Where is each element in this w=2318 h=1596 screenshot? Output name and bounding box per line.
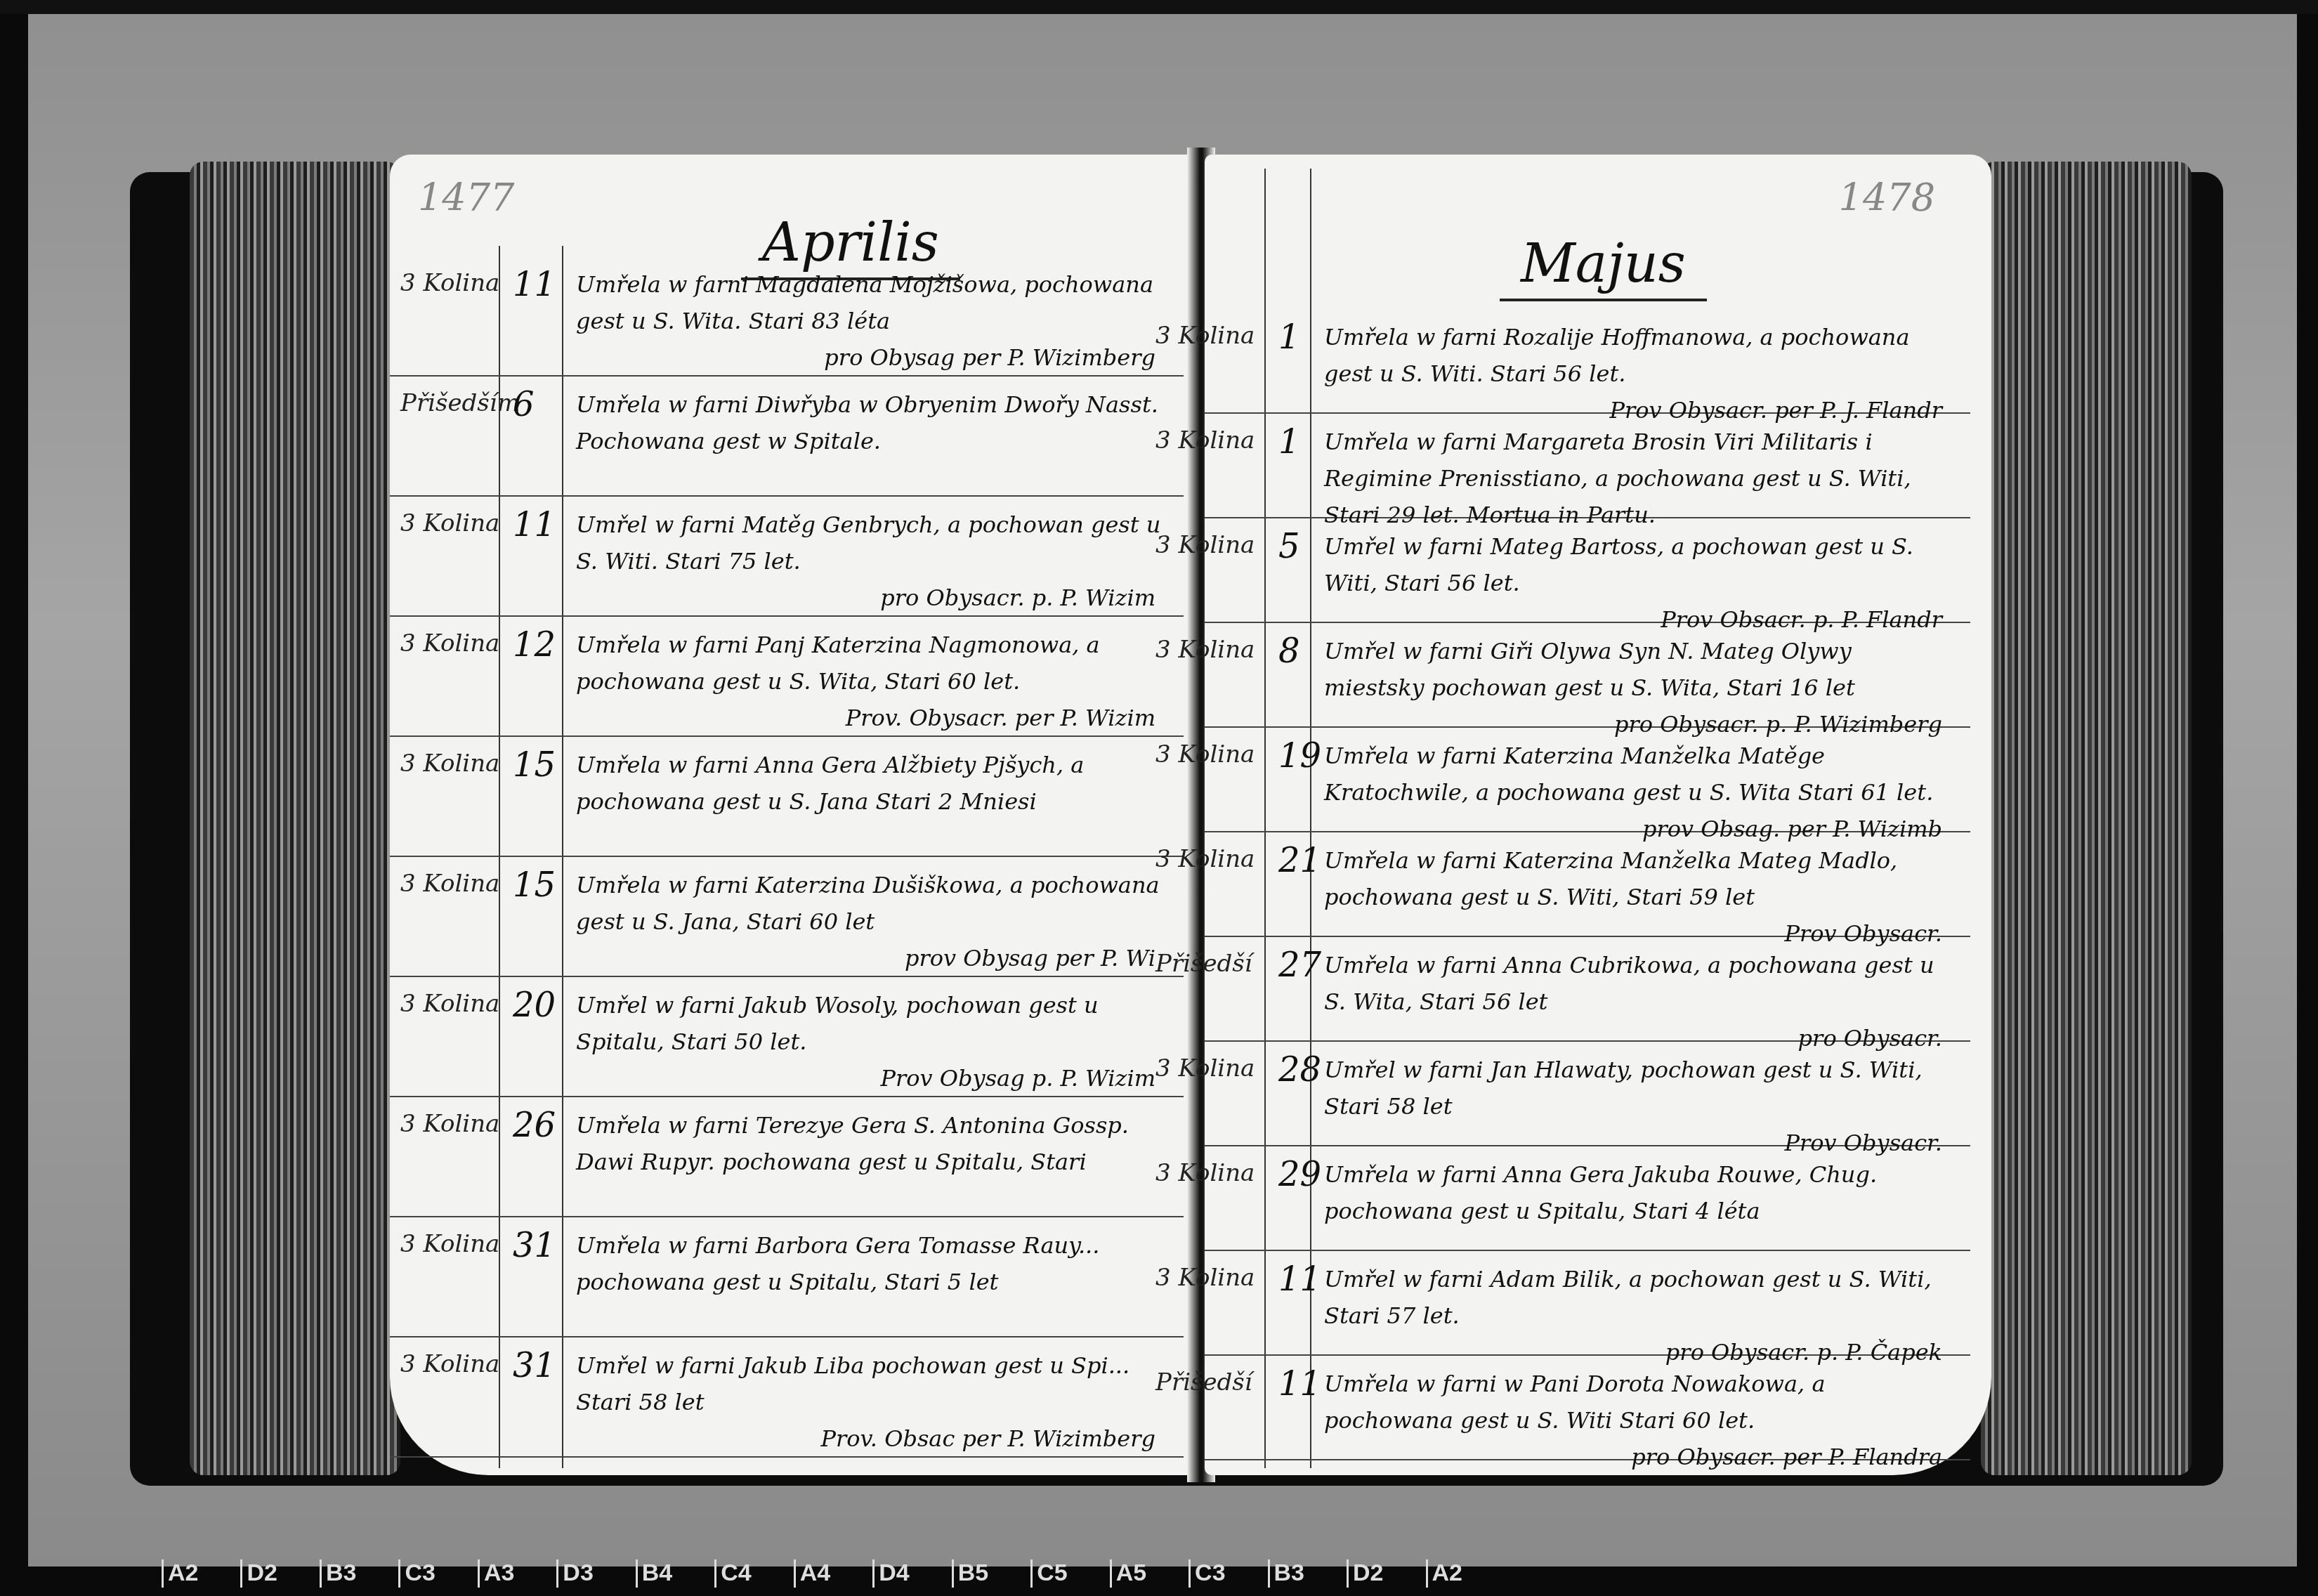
register-entry: Přišedší27Umřela w farni Anna Cubrikowa,… [1205, 937, 1970, 1042]
film-marker: C3 [398, 1559, 435, 1588]
film-marker: B4 [636, 1559, 672, 1588]
register-entry: 3 Kolina19Umřela w farni Katerzina Manže… [1205, 728, 1970, 832]
entry-day: 21 [1278, 841, 1321, 880]
film-marker: A4 [794, 1559, 830, 1588]
register-entry: 3 Kolina31Umřela w farni Barbora Gera To… [390, 1217, 1184, 1337]
entry-signature: Prov. Obsac per P. Wizimberg [576, 1420, 1170, 1457]
film-marker: C4 [714, 1559, 751, 1588]
film-marker: B3 [320, 1559, 356, 1588]
entry-location: 3 Kolina [400, 990, 499, 1018]
entry-signature: pro Obysag per P. Wizimberg [576, 339, 1170, 376]
entry-day: 15 [513, 865, 556, 905]
entry-location: 3 Kolina [1155, 322, 1255, 350]
film-edge [0, 0, 2318, 14]
entry-text: Umřela w farni Rozalije Hoffmanowa, a po… [1324, 319, 1956, 429]
entry-day: 27 [1278, 946, 1321, 985]
film-marker: B5 [952, 1559, 988, 1588]
entry-signature: prov Obysag per P. Wi [576, 940, 1170, 976]
entry-location: 3 Kolina [400, 509, 499, 537]
register-entry: 3 Kolina20Umřel w farni Jakub Wosoly, po… [390, 977, 1184, 1097]
left-page: 1477 Aprilis 3 Kolina11Umřela w farni Ma… [390, 155, 1198, 1475]
film-marker: C3 [1189, 1559, 1225, 1588]
entry-text: Umřela w farni Anna Gera Jakuba Rouwe, C… [1324, 1156, 1956, 1229]
entry-text: Umřela w farni Panj Katerzina Nagmonowa,… [576, 627, 1170, 736]
entry-text: Umřel w farni Matěg Genbrych, a pochowan… [576, 506, 1170, 616]
register-entry: 3 Kolina15Umřela w farni Katerzina Dušiš… [390, 857, 1184, 977]
register-entry: 3 Kolina5Umřel w farni Mateg Bartoss, a … [1205, 518, 1970, 623]
film-marker: D2 [1347, 1559, 1383, 1588]
entry-location: 3 Kolina [400, 750, 499, 778]
film-marker: D2 [240, 1559, 277, 1588]
register-entry: 3 Kolina8Umřel w farni Giři Olywa Syn N.… [1205, 623, 1970, 728]
entry-location: 3 Kolina [1155, 636, 1255, 664]
entry-day: 8 [1278, 632, 1300, 671]
entry-signature: Prov. Obysacr. per P. Wizim [576, 700, 1170, 736]
register-entry: 3 Kolina28Umřel w farni Jan Hlawaty, poc… [1205, 1042, 1970, 1146]
entry-day: 11 [1278, 1260, 1321, 1299]
register-entry: 3 Kolina29Umřela w farni Anna Gera Jakub… [1205, 1146, 1970, 1251]
entry-text: Umřel w farni Jan Hlawaty, pochowan gest… [1324, 1052, 1956, 1161]
entry-location: Přišedším [400, 389, 520, 417]
entry-signature: pro Obysacr. p. P. Wizim [576, 580, 1170, 616]
entry-text: Umřela w farni Katerzina Dušiškowa, a po… [576, 867, 1170, 976]
entry-text: Umřela w farni Anna Gera Alžbiety Pjšych… [576, 747, 1170, 820]
register-entry: 3 Kolina26Umřela w farni Terezye Gera S.… [390, 1097, 1184, 1217]
month-heading: Majus [1500, 232, 1707, 301]
entry-location: 3 Kolina [400, 629, 499, 658]
register-entry: 3 Kolina1Umřela w farni Margareta Brosin… [1205, 414, 1970, 518]
entry-location: 3 Kolina [400, 1350, 499, 1378]
entry-day: 15 [513, 745, 556, 785]
film-marker: B3 [1268, 1559, 1304, 1588]
right-page: 1478 Majus 3 Kolina1Umřela w farni Rozal… [1205, 155, 1991, 1475]
folio-number: 1478 [1839, 176, 1935, 220]
folio-number: 1477 [418, 176, 514, 220]
entry-day: 28 [1278, 1050, 1321, 1090]
entry-day: 12 [513, 625, 556, 665]
entry-location: Přišedší [1155, 1368, 1252, 1396]
film-marker: A3 [478, 1559, 514, 1588]
film-marker: D3 [556, 1559, 593, 1588]
register-entry: Přišedší11Umřela w farni w Pani Dorota N… [1205, 1356, 1970, 1460]
entry-text: Umřel w farni Mateg Bartoss, a pochowan … [1324, 528, 1956, 638]
film-marker: D4 [872, 1559, 909, 1588]
entry-location: 3 Kolina [1155, 845, 1255, 873]
entry-location: 3 Kolina [400, 269, 499, 297]
entry-day: 26 [513, 1106, 556, 1145]
register-entry: 3 Kolina15Umřela w farni Anna Gera Alžbi… [390, 737, 1184, 857]
entry-day: 29 [1278, 1155, 1321, 1194]
entry-text: Umřela w farni Margareta Brosin Viri Mil… [1324, 424, 1956, 533]
entry-day: 31 [513, 1346, 556, 1385]
entry-location: 3 Kolina [400, 870, 499, 898]
entry-location: 3 Kolina [1155, 531, 1255, 559]
entry-day: 1 [1278, 318, 1300, 357]
film-strip-markers: A2D2B3C3A3D3B4C4A4D4B5C5A5C3B3D2A2 [162, 1559, 2199, 1588]
entry-text: Umřel w farni Jakub Wosoly, pochowan ges… [576, 987, 1170, 1097]
film-marker: A2 [1426, 1559, 1462, 1588]
entry-location: 3 Kolina [1155, 426, 1255, 454]
entry-location: Přišedší [1155, 950, 1252, 978]
entry-location: 3 Kolina [1155, 1054, 1255, 1082]
entry-text: Umřela w farni Katerzina Manželka Mateg … [1324, 842, 1956, 952]
entry-text: Umřela w farni Anna Cubrikowa, a pochowa… [1324, 947, 1956, 1057]
entry-text: Umřela w farni Terezye Gera S. Antonina … [576, 1107, 1170, 1180]
entry-text: Umřela w farni Barbora Gera Tomasse Rauy… [576, 1227, 1170, 1300]
entry-location: 3 Kolina [400, 1110, 499, 1138]
entry-day: 20 [513, 986, 556, 1025]
page-edges-left [190, 162, 400, 1475]
entry-text: Umřel w farni Jakub Liba pochowan gest u… [576, 1347, 1170, 1457]
entry-signature: pro Obysacr. per P. Flandra [1324, 1439, 1956, 1475]
register-entry: 3 Kolina11Umřel w farni Matěg Genbrych, … [390, 497, 1184, 617]
entry-day: 11 [513, 505, 556, 544]
entry-text: Umřela w farni Diwřyba w Obryenim Dwořy … [576, 386, 1170, 459]
register-entry: 3 Kolina11Umřel w farni Adam Bilik, a po… [1205, 1251, 1970, 1356]
entry-text: Umřela w farni Katerzina Manželka Matěge… [1324, 738, 1956, 847]
register-entry: 3 Kolina31Umřel w farni Jakub Liba pocho… [390, 1337, 1184, 1458]
register-entry: 3 Kolina12Umřela w farni Panj Katerzina … [390, 617, 1184, 737]
register-entry: 3 Kolina1Umřela w farni Rozalije Hoffman… [1205, 309, 1970, 414]
film-marker: A5 [1110, 1559, 1146, 1588]
entry-day: 11 [1278, 1364, 1321, 1404]
register-entry: 3 Kolina21Umřela w farni Katerzina Manže… [1205, 832, 1970, 937]
entry-location: 3 Kolina [1155, 740, 1255, 768]
film-marker: A2 [162, 1559, 198, 1588]
entry-day: 31 [513, 1226, 556, 1265]
entry-location: 3 Kolina [400, 1230, 499, 1258]
register-entry: Přišedším6Umřela w farni Diwřyba w Obrye… [390, 377, 1184, 497]
entry-location: 3 Kolina [1155, 1264, 1255, 1292]
entry-text: Umřela w farni w Pani Dorota Nowakowa, a… [1324, 1366, 1956, 1475]
register-entry: 3 Kolina11Umřela w farni Magdalena Mojži… [390, 256, 1184, 377]
entry-day: 11 [513, 265, 556, 304]
entry-location: 3 Kolina [1155, 1159, 1255, 1187]
entry-signature: Prov Obysag p. P. Wizim [576, 1060, 1170, 1097]
entry-day: 1 [1278, 422, 1300, 462]
page-edges-right [1981, 162, 2192, 1475]
entry-text: Umřela w farni Magdalena Mojžišowa, poch… [576, 266, 1170, 376]
entry-text: Umřel w farni Adam Bilik, a pochowan ges… [1324, 1261, 1956, 1371]
film-marker: C5 [1030, 1559, 1067, 1588]
entry-text: Umřel w farni Giři Olywa Syn N. Mateg Ol… [1324, 633, 1956, 743]
entry-day: 6 [513, 385, 535, 424]
entry-day: 5 [1278, 527, 1300, 566]
entry-day: 19 [1278, 736, 1321, 776]
